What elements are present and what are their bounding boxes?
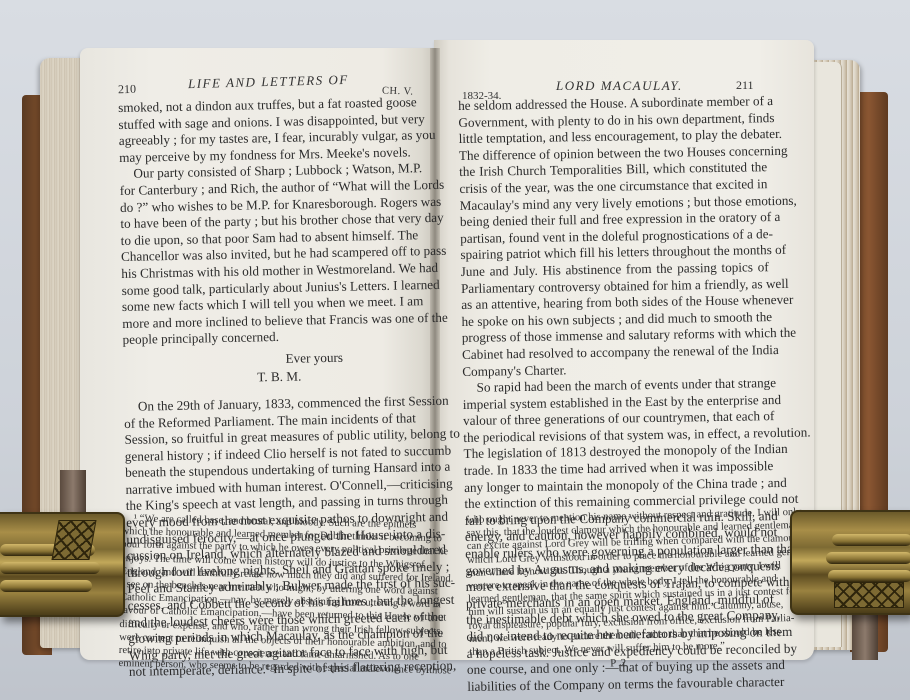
brass-lattice <box>834 582 904 608</box>
book-photo-scene: 210 LIFE AND LETTERS OF CH. V. smoked, n… <box>0 0 910 700</box>
brass-finger <box>828 570 910 582</box>
paragraph-1: he seldom addressed the House. A subordi… <box>458 93 770 380</box>
initials: T. B. M. <box>123 366 357 388</box>
left-page-number: 210 <box>118 82 136 97</box>
brass-lattice <box>51 520 96 560</box>
letter-signoff: Ever yours T. B. M. <box>123 347 414 389</box>
brass-finger <box>826 552 910 564</box>
paragraph-2: Our party consisted of Sharp ; Lubbock ;… <box>119 161 412 349</box>
right-running-head: LORD MACAULAY. <box>556 78 683 94</box>
paragraph-1: smoked, not a dindon aux truffes, but a … <box>118 94 409 166</box>
brass-bookstand-right <box>790 510 910 615</box>
brass-finger <box>832 534 910 546</box>
right-footnote: who ought never to mention his name with… <box>466 507 768 675</box>
left-footnote: ¹ “We are called base, and brutal, and b… <box>118 512 410 677</box>
brass-finger <box>0 562 100 574</box>
right-page-number: 211 <box>736 78 754 93</box>
brass-bookstand-left <box>0 512 125 617</box>
brass-finger <box>0 580 92 592</box>
